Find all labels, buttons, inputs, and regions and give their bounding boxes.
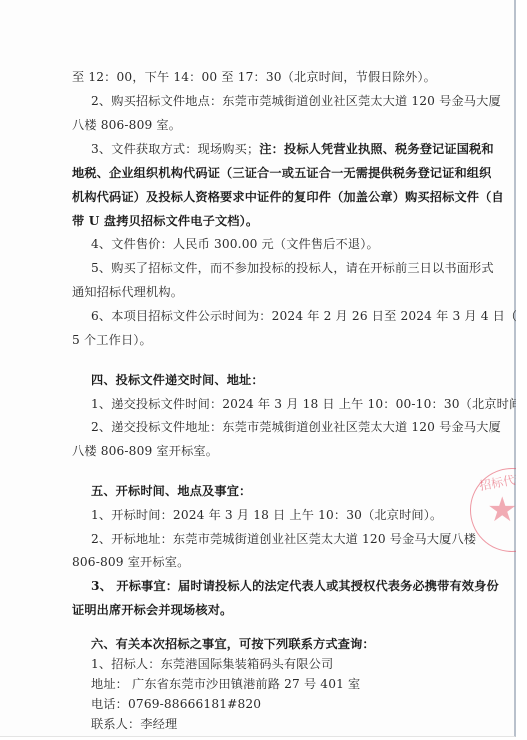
page-gutter: [516, 0, 527, 740]
opening-address-line2: 806-809 室开标室。: [72, 552, 189, 572]
acquisition-method-line1: 3、文件获取方式：现场购买；注：投标人凭营业执照、税务登记证国税和: [91, 139, 494, 159]
tenderer-phone: 电话：0769-88666181#820: [91, 694, 261, 714]
acquisition-method-line2: 地税、企业组织机构代码证（三证合一或五证合一无需提供税务登记证和组织: [72, 163, 491, 183]
purchase-time-continuation: 至 12：00，下午 14：00 至 17：30（北京时间，节假日除外）。: [72, 67, 436, 87]
non-participation-line2: 通知招标代理机构。: [72, 282, 183, 302]
tenderer-name: 1、招标人：东莞港国际集装箱码头有限公司: [91, 654, 333, 674]
acquisition-method-line4: 带 U 盘拷贝招标文件电子文档）。: [72, 211, 258, 231]
acquisition-method-line3: 机构代码证）及投标人资格要求中证件的复印件（加盖公章）购买招标文件（自: [72, 187, 504, 207]
tenderer-address: 地址： 广东省东莞市沙田镇港前路 27 号 401 室: [91, 674, 360, 694]
non-participation-line1: 5、购买了招标文件，而不参加投标的投标人，请在开标前三日以书面形式: [91, 258, 494, 278]
opening-matters-line1: 3、 开标事宜：届时请投标人的法定代表人或其授权代表务必携带有效身份: [91, 576, 499, 596]
publication-period-line1: 6、本项目招标文件公示时间为：2024 年 2 月 26 日至 2024 年 3…: [91, 306, 527, 326]
publication-period-line2: 5 个工作日）。: [72, 330, 152, 350]
submission-time: 1、递交投标文件时间：2024 年 3 月 18 日 上午 10：00-10：3…: [91, 394, 527, 414]
opening-time: 1、开标时间：2024 年 3 月 18 日 上午 10：30（北京时间）。: [91, 505, 442, 525]
opening-address-line1: 2、开标地址：东莞市莞城街道创业社区莞太大道 120 号金马大厦八楼: [91, 529, 476, 549]
acquisition-method-prefix: 3、文件获取方式：现场购买；: [91, 142, 259, 156]
opening-matters-line2: 证明出席开标会并现场核对。: [72, 600, 232, 620]
section6-heading: 六、有关本次招标之事宜，可按下列联系方式查询：: [91, 634, 375, 654]
section4-heading: 四、投标文件递交时间、地址：: [91, 370, 264, 390]
tenderer-contact: 联系人：李经理: [91, 714, 177, 734]
note-label: 注：: [259, 142, 284, 156]
document-price: 4、文件售价：人民币 300.00 元（文件售后不退）。: [91, 234, 379, 254]
document-page: 至 12：00，下午 14：00 至 17：30（北京时间，节假日除外）。 2、…: [0, 0, 516, 737]
star-icon: ★: [487, 493, 517, 527]
submission-address-line1: 2、递交投标文件地址：东莞市莞城街道创业社区莞太大道 120 号金马大厦: [91, 417, 501, 437]
submission-address-line2: 八楼 806-809 室开标室。: [72, 441, 218, 461]
note-text: 投标人凭营业执照、税务登记证国税和: [284, 142, 494, 156]
purchase-location-line1: 2、购买招标文件地点：东莞市莞城街道创业社区莞太大道 120 号金马大厦: [91, 91, 501, 111]
purchase-location-line2: 八楼 806-809 室。: [72, 115, 181, 135]
section5-heading: 五、开标时间、地点及事宜：: [91, 481, 251, 501]
